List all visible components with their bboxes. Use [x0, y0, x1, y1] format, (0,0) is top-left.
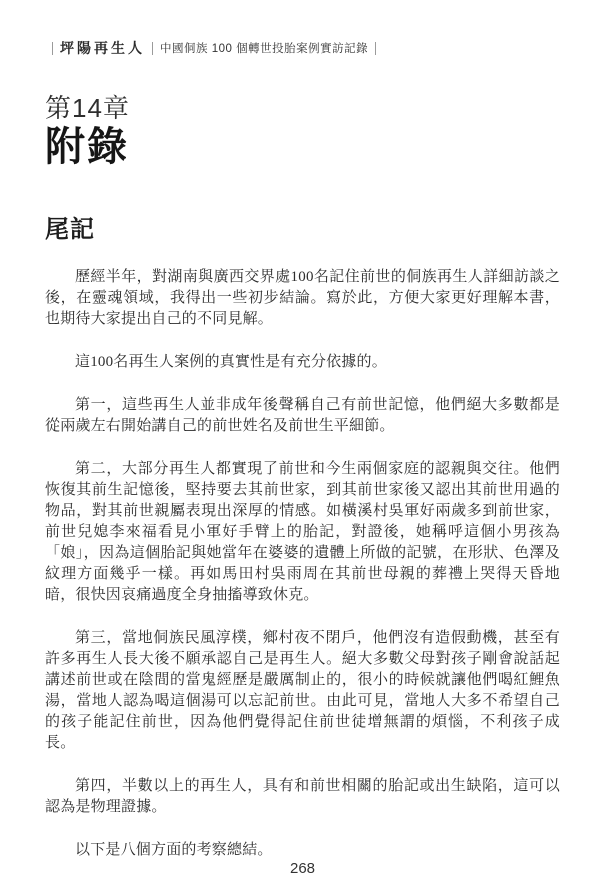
- header-divider: [52, 42, 53, 55]
- paragraph: 第四，半數以上的再生人，具有和前世相關的胎記或出生缺陷，這可以認為是物理證據。: [45, 776, 560, 818]
- header-divider: [152, 42, 153, 55]
- page-number: 268: [0, 860, 605, 877]
- paragraph: 第二，大部分再生人都實現了前世和今生兩個家庭的認親與交往。他們恢復其前生記憶後，…: [45, 459, 560, 606]
- book-subtitle: 中國侗族 100 個轉世投胎案例實訪記錄: [160, 40, 368, 56]
- paragraph: 以下是八個方面的考察總結。: [45, 840, 560, 861]
- paragraph: 這100名再生人案例的真實性是有充分依據的。: [45, 352, 560, 373]
- body-text: 歷經半年，對湖南與廣西交界處100名記住前世的侗族再生人詳細訪談之後，在靈魂領域…: [45, 267, 560, 861]
- paragraph: 歷經半年，對湖南與廣西交界處100名記住前世的侗族再生人詳細訪談之後，在靈魂領域…: [45, 267, 560, 330]
- chapter-title: 附錄: [45, 125, 560, 169]
- running-header: 坪陽再生人 中國侗族 100 個轉世投胎案例實訪記錄: [45, 0, 560, 58]
- book-page: 坪陽再生人 中國侗族 100 個轉世投胎案例實訪記錄 第14章 附錄 尾記 歷經…: [0, 0, 605, 896]
- section-title: 尾記: [45, 216, 560, 244]
- header-divider: [375, 42, 376, 55]
- paragraph: 第一，這些再生人並非成年後聲稱自己有前世記憶，他們絕大多數都是從兩歲左右開始講自…: [45, 395, 560, 437]
- paragraph: 第三，當地侗族民風淳樸，鄉村夜不閉戶，他們沒有造假動機，甚至有許多再生人長大後不…: [45, 628, 560, 754]
- chapter-number: 第14章: [45, 94, 560, 122]
- book-title: 坪陽再生人: [60, 38, 145, 58]
